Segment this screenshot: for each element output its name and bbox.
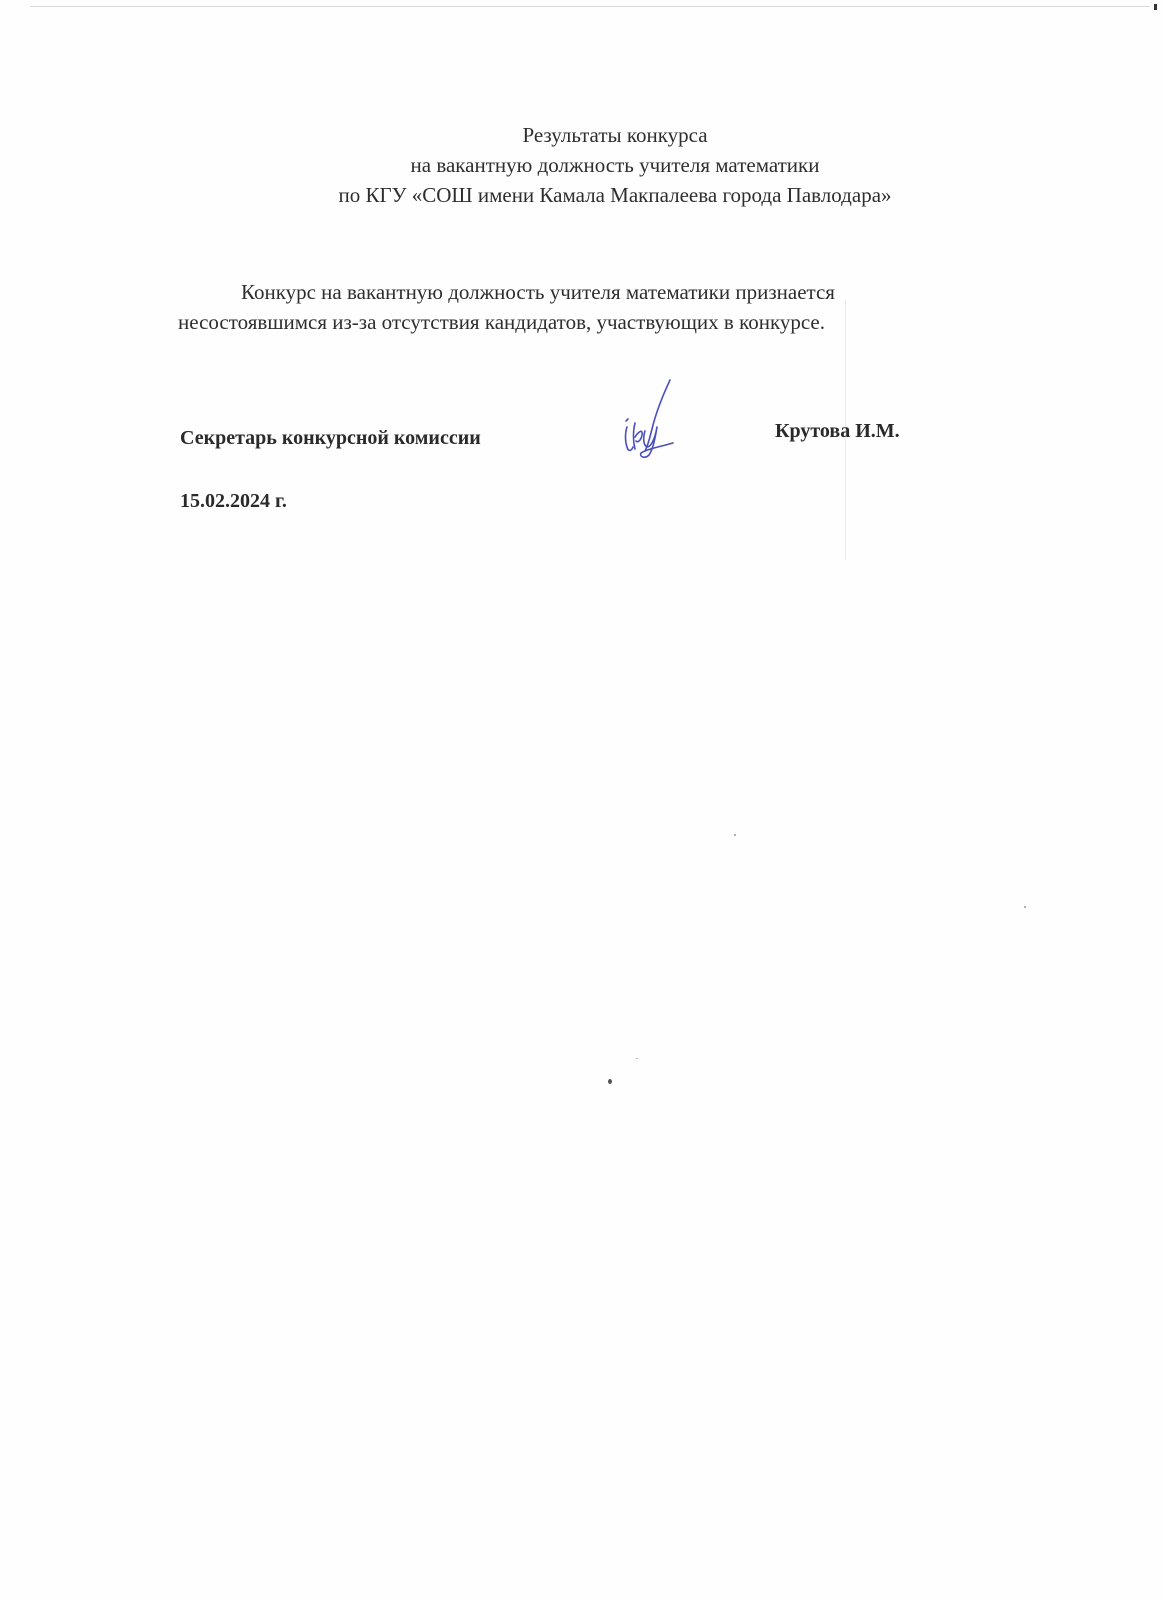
body-line-1: Конкурс на вакантную должность учителя м… — [178, 277, 1008, 307]
scan-speck — [734, 834, 736, 836]
signatory-role: Секретарь конкурсной комиссии — [180, 427, 481, 450]
document-title: Результаты конкурса на вакантную должнос… — [0, 120, 1163, 210]
title-line-2: на вакантную должность учителя математик… — [0, 150, 1163, 180]
handwritten-signature-icon — [615, 375, 690, 460]
scan-corner-mark — [1154, 4, 1157, 10]
scanned-document-page: Результаты конкурса на вакантную должнос… — [0, 0, 1163, 1600]
scan-top-edge — [30, 6, 1150, 7]
title-line-3: по КГУ «СОШ имени Камала Макпалеева горо… — [0, 180, 1163, 210]
document-date: 15.02.2024 г. — [180, 490, 287, 513]
signatory-name: Крутова И.М. — [775, 420, 900, 443]
title-line-1: Результаты конкурса — [0, 120, 1163, 150]
body-paragraph: Конкурс на вакантную должность учителя м… — [178, 277, 1008, 337]
scan-speck — [636, 1058, 638, 1059]
scan-speck — [608, 1079, 612, 1084]
body-line-2: несостоявшимся из-за отсутствия кандидат… — [178, 307, 1008, 337]
scan-speck — [1024, 906, 1026, 908]
